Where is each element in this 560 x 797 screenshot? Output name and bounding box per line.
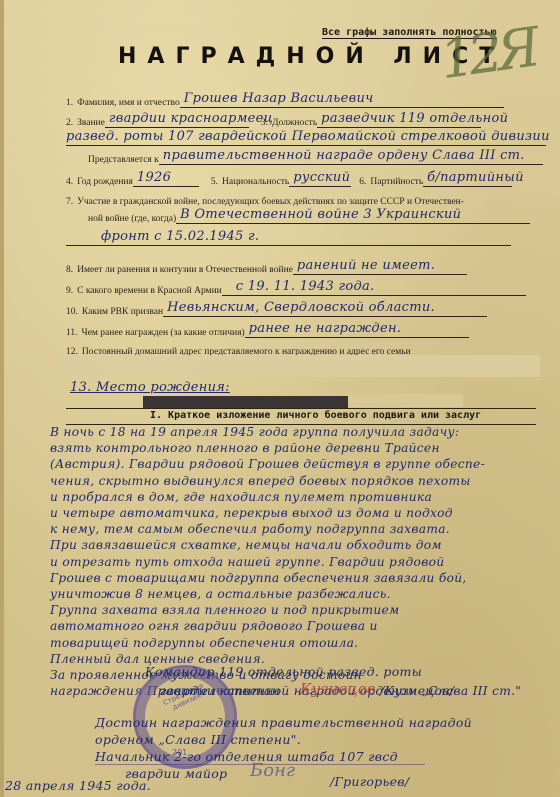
- field-value: правительственной награде ордену Слава I…: [159, 148, 543, 165]
- field-number: 5.: [211, 177, 218, 187]
- narrative-line: к нему, тем самым обеспечил работу подгр…: [50, 521, 550, 537]
- narrative-line: и четыре автоматчика, перекрыв выход из …: [50, 505, 550, 521]
- field-label: Каким РВК призван: [82, 307, 163, 317]
- field-value: б/партийный: [423, 170, 512, 187]
- commander-rank: гвардии капитан: [160, 683, 280, 698]
- field-war-participation: 7. Участие в гражданской войне, последую…: [66, 189, 464, 207]
- chief-name: /Григорьев/: [330, 774, 409, 789]
- field-war-participation-line2: ной войне (где, когда) В Отечественной в…: [88, 207, 530, 224]
- field-number: 11.: [66, 328, 78, 338]
- field-number: 9.: [66, 286, 73, 296]
- narrative-line: и отрезать путь отхода нашей группе. Гва…: [50, 554, 550, 570]
- field-value: с 19. 11. 1943 года.: [222, 279, 526, 296]
- archive-number: 12Я: [436, 16, 538, 92]
- field-position-continued: развед. роты 107 гвардейской Первомайско…: [66, 129, 546, 146]
- field-number: 1.: [66, 98, 73, 108]
- section-heading: I. Краткое изложение личного боевого под…: [150, 410, 481, 421]
- field-label: Звание: [77, 118, 105, 128]
- field-value: русский: [289, 170, 351, 187]
- field-label: Чем ранее награжден (за какие отличия): [82, 328, 245, 338]
- field-label: Национальность: [222, 177, 289, 187]
- field-label: Участие в гражданской войне, последующих…: [77, 197, 464, 207]
- field-previous-awards: 11. Чем ранее награжден (за какие отличи…: [66, 320, 469, 338]
- field-value: Невьянским, Свердловской области.: [163, 300, 487, 317]
- commander-name: /Кузнецов/: [380, 683, 454, 698]
- field-draft-office: 10. Каким РВК призван Невьянским, Свердл…: [66, 299, 487, 317]
- field-value: гвардии красноармеец: [105, 111, 249, 128]
- narrative-line: В ночь с 18 на 19 апреля 1945 года групп…: [50, 424, 550, 440]
- endorsement-line: Достоин награждения правительственной на…: [95, 715, 472, 730]
- commander-title: Командир 119 отдельной развед. роты: [145, 664, 422, 679]
- field-number: 2.: [66, 118, 73, 128]
- redaction-patch: [348, 394, 463, 407]
- field-value: ранений не имеет.: [293, 258, 467, 275]
- redacted-area: [60, 355, 540, 377]
- narrative-line: автоматного огня гвардии рядового Грошев…: [50, 618, 550, 634]
- field-birthplace: 13. Место рождения:: [70, 380, 230, 395]
- narrative-line: товарищей подгруппы обеспечения отошла.: [50, 635, 550, 651]
- field-wounds: 8. Имеет ли ранения и контузии в Отечест…: [66, 257, 467, 275]
- narrative-line: При завязавшейся схватке, немцы начали о…: [50, 537, 550, 553]
- field-value: ранее не награжден.: [245, 321, 469, 338]
- field-label: Год рождения: [77, 177, 133, 187]
- narrative-line: взять контрольного пленного в районе дер…: [50, 440, 550, 456]
- field-value: развед. роты 107 гвардейской Первомайско…: [66, 129, 546, 146]
- feat-narrative: В ночь с 18 на 19 апреля 1945 года групп…: [50, 424, 550, 699]
- field-label: Представляется к: [88, 155, 159, 165]
- field-value: Грошев Назар Васильевич: [180, 91, 504, 108]
- document-date: 28 апреля 1945 года.: [5, 778, 151, 793]
- narrative-line: и пробрался в дом, где находился пулемет…: [50, 489, 550, 505]
- divider: [66, 408, 536, 409]
- field-label: С какого времени в Красной Армии: [77, 286, 222, 296]
- field-army-since: 9. С какого времени в Красной Армии с 19…: [66, 278, 526, 296]
- field-presented-to: Представляется к правительственной награ…: [88, 148, 543, 165]
- field-value: разведчик 119 отдельной: [317, 111, 481, 128]
- field-label: Партийность: [370, 177, 423, 187]
- field-rank: 2. Звание гвардии красноармеец 3. Должно…: [66, 110, 481, 128]
- field-value: 1926: [133, 170, 199, 187]
- field-label: Фамилия, имя и отчество: [77, 98, 180, 108]
- commander-signature-mark: Кузнецов: [300, 680, 375, 698]
- field-number: 10.: [66, 307, 78, 317]
- field-value: В Отечественной войне 3 Украинский: [176, 207, 530, 224]
- redaction-bar: [143, 396, 348, 408]
- field-number: 7.: [66, 197, 73, 207]
- field-label: Должность: [272, 118, 317, 128]
- field-birth-nationality-party: 4. Год рождения 1926 5. Национальность р…: [66, 169, 512, 187]
- field-number: 8.: [66, 265, 73, 275]
- field-value: фронт с 15.02.1945 г.: [66, 229, 511, 246]
- narrative-line: чения, скрытно выдвинулся вперед боевых …: [50, 473, 550, 489]
- field-label: Имеет ли ранения и контузии в Отечествен…: [77, 265, 293, 275]
- field-war-participation-continued: фронт с 15.02.1945 г.: [66, 229, 511, 246]
- narrative-line: уничтожив 8 немцев, а остальные разбежал…: [50, 586, 550, 602]
- narrative-line: Грошев с товарищами подгруппа обеспечени…: [50, 570, 550, 586]
- endorsement-line: орденом „Слава III степени".: [95, 732, 301, 747]
- field-number: 6.: [359, 177, 366, 187]
- field-full-name: 1. Фамилия, имя и отчество Грошев Назар …: [66, 90, 504, 108]
- field-number: 3.: [261, 118, 268, 128]
- chief-signature-mark: Бонг: [250, 760, 295, 781]
- field-number: 4.: [66, 177, 73, 187]
- field-label: ной войне (где, когда): [88, 214, 176, 224]
- narrative-line: Группа захвата взяла пленного и под прик…: [50, 602, 550, 618]
- narrative-line: (Австрия). Гвардии рядовой Грошев действ…: [50, 456, 550, 472]
- paper-edge: [0, 0, 4, 797]
